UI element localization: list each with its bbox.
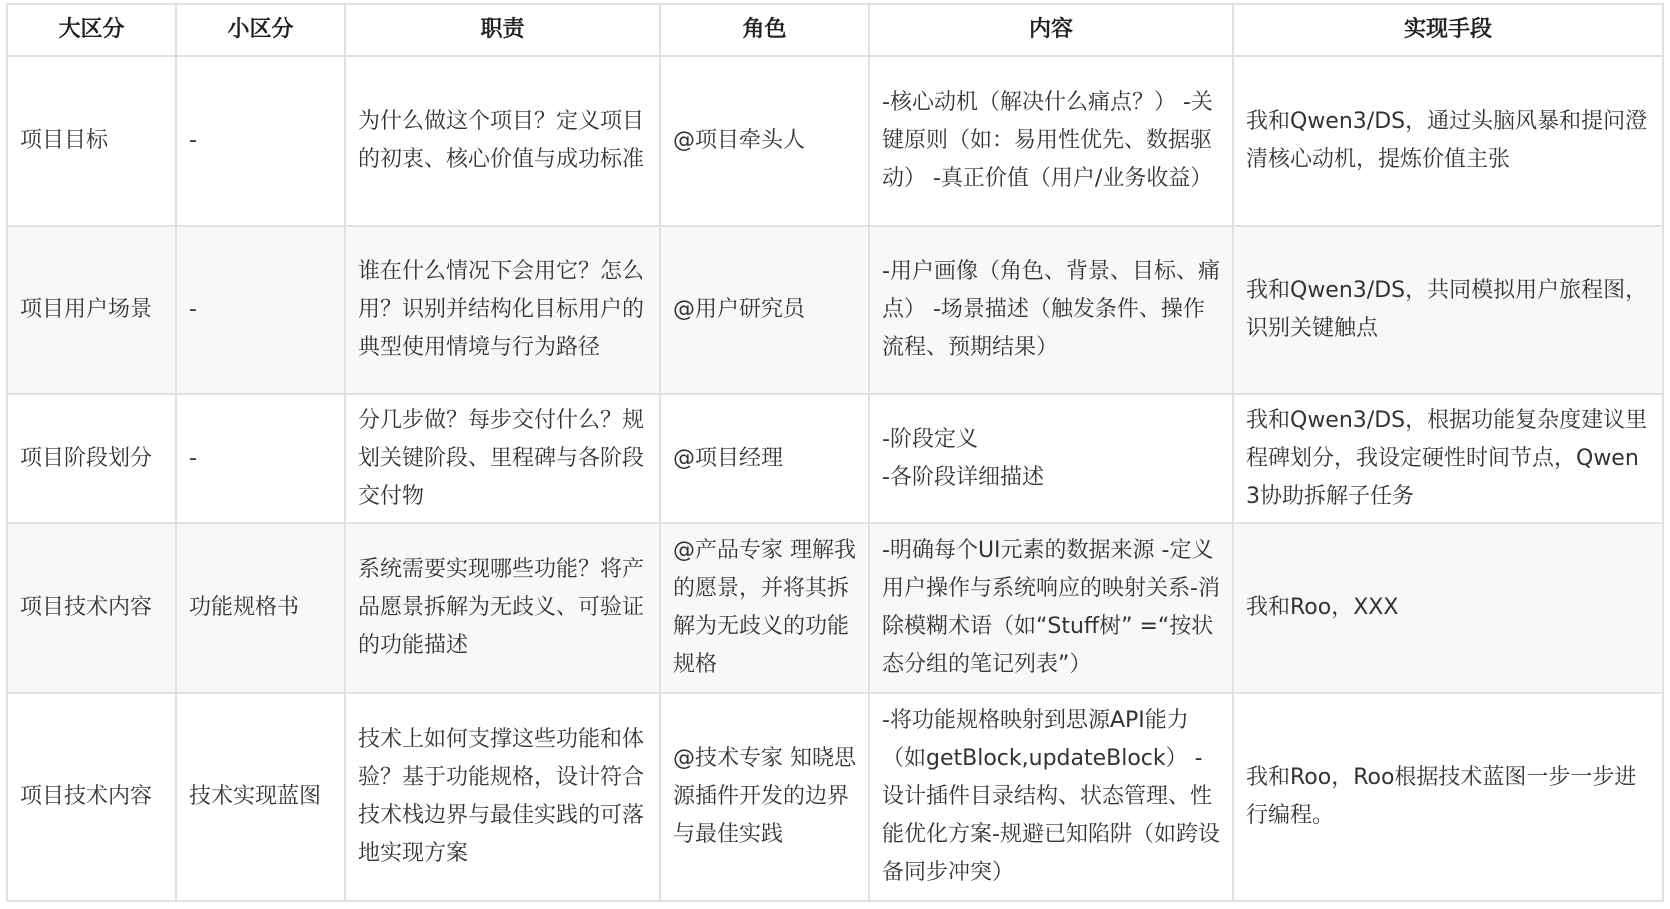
cell-content: -明确每个UI元素的数据来源 -定义用户操作与系统响应的映射关系-消除模糊术语（…	[869, 523, 1233, 693]
cell-means: 我和Roo，XXX	[1233, 523, 1663, 693]
header-duty: 职责	[345, 4, 660, 56]
table-row: 项目阶段划分 - 分几步做？每步交付什么？规划关键阶段、里程碑与各阶段交付物 @…	[7, 394, 1663, 523]
content-line: -各阶段详细描述	[882, 459, 1220, 497]
cell-means: 我和Roo，Roo根据技术蓝图一步一步进行编程。	[1233, 693, 1663, 901]
cell-minor: 功能规格书	[176, 523, 345, 693]
cell-major: 项目技术内容	[7, 693, 176, 901]
header-content: 内容	[869, 4, 1233, 56]
table-row: 项目技术内容 功能规格书 系统需要实现哪些功能？将产品愿景拆解为无歧义、可验证的…	[7, 523, 1663, 693]
content-line: -将功能规格映射到思源API能力（如getBlock,updateBlock） …	[882, 702, 1220, 892]
cell-major: 项目技术内容	[7, 523, 176, 693]
content-line: -用户画像（角色、背景、目标、痛点） -场景描述（触发条件、操作流程、预期结果）	[882, 253, 1220, 367]
cell-content: -将功能规格映射到思源API能力（如getBlock,updateBlock） …	[869, 693, 1233, 901]
cell-major: 项目阶段划分	[7, 394, 176, 523]
cell-duty: 技术上如何支撑这些功能和体验？基于功能规格，设计符合技术栈边界与最佳实践的可落地…	[345, 693, 660, 901]
table-row: 项目技术内容 技术实现蓝图 技术上如何支撑这些功能和体验？基于功能规格，设计符合…	[7, 693, 1663, 901]
header-minor-category: 小区分	[176, 4, 345, 56]
cell-role: @技术专家 知晓思源插件开发的边界与最佳实践	[660, 693, 869, 901]
cell-role: @项目经理	[660, 394, 869, 523]
document-body: 大区分 小区分 职责 角色 内容 实现手段 项目目标 - 为什么做这个项目？定义…	[6, 3, 1664, 902]
header-means: 实现手段	[1233, 4, 1663, 56]
cell-duty: 谁在什么情况下会用它？怎么用？识别并结构化目标用户的典型使用情境与行为路径	[345, 226, 660, 394]
cell-content: -核心动机（解决什么痛点？） -关键原则（如：易用性优先、数据驱动） -真正价值…	[869, 56, 1233, 226]
cell-means: 我和Qwen3/DS，通过头脑风暴和提问澄清核心动机，提炼价值主张	[1233, 56, 1663, 226]
cell-minor: 技术实现蓝图	[176, 693, 345, 901]
header-major-category: 大区分	[7, 4, 176, 56]
content-line: -阶段定义	[882, 421, 1220, 459]
table-header-row: 大区分 小区分 职责 角色 内容 实现手段	[7, 4, 1663, 56]
cell-minor: -	[176, 56, 345, 226]
cell-content: -阶段定义 -各阶段详细描述	[869, 394, 1233, 523]
cell-role: @项目牵头人	[660, 56, 869, 226]
cell-duty: 为什么做这个项目？定义项目的初衷、核心价值与成功标准	[345, 56, 660, 226]
content-line: -核心动机（解决什么痛点？） -关键原则（如：易用性优先、数据驱动） -真正价值…	[882, 84, 1220, 198]
cell-major: 项目用户场景	[7, 226, 176, 394]
cell-role: @用户研究员	[660, 226, 869, 394]
content-line: -明确每个UI元素的数据来源 -定义用户操作与系统响应的映射关系-消除模糊术语（…	[882, 532, 1220, 684]
cell-minor: -	[176, 226, 345, 394]
cell-means: 我和Qwen3/DS，共同模拟用户旅程图，识别关键触点	[1233, 226, 1663, 394]
cell-major: 项目目标	[7, 56, 176, 226]
cell-duty: 系统需要实现哪些功能？将产品愿景拆解为无歧义、可验证的功能描述	[345, 523, 660, 693]
table-row: 项目目标 - 为什么做这个项目？定义项目的初衷、核心价值与成功标准 @项目牵头人…	[7, 56, 1663, 226]
table-row: 项目用户场景 - 谁在什么情况下会用它？怎么用？识别并结构化目标用户的典型使用情…	[7, 226, 1663, 394]
responsibility-table: 大区分 小区分 职责 角色 内容 实现手段 项目目标 - 为什么做这个项目？定义…	[6, 3, 1664, 902]
cell-content: -用户画像（角色、背景、目标、痛点） -场景描述（触发条件、操作流程、预期结果）	[869, 226, 1233, 394]
cell-duty: 分几步做？每步交付什么？规划关键阶段、里程碑与各阶段交付物	[345, 394, 660, 523]
cell-role: @产品专家 理解我的愿景，并将其拆解为无歧义的功能规格	[660, 523, 869, 693]
header-role: 角色	[660, 4, 869, 56]
cell-means: 我和Qwen3/DS，根据功能复杂度建议里程碑划分，我设定硬性时间节点，Qwen…	[1233, 394, 1663, 523]
cell-minor: -	[176, 394, 345, 523]
